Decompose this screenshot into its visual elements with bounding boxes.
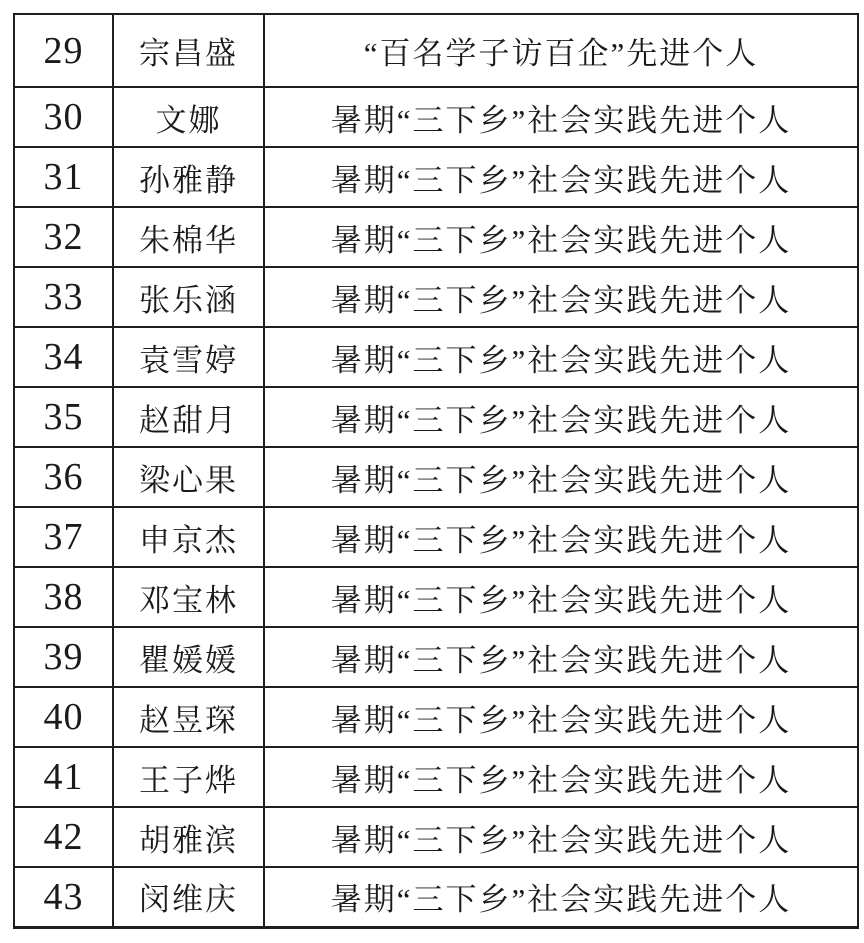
award-title: 暑期“三下乡”社会实践先进个人 (264, 87, 858, 147)
row-number: 30 (14, 87, 113, 147)
student-name: 文娜 (113, 87, 264, 147)
student-name: 王子烨 (113, 747, 264, 807)
row-number: 37 (14, 507, 113, 567)
row-number: 34 (14, 327, 113, 387)
award-title: “百名学子访百企”先进个人 (264, 14, 858, 87)
student-name: 瞿媛媛 (113, 627, 264, 687)
award-title: 暑期“三下乡”社会实践先进个人 (264, 687, 858, 747)
table-row: 41 王子烨 暑期“三下乡”社会实践先进个人 (14, 747, 858, 807)
student-name: 梁心果 (113, 447, 264, 507)
student-name: 张乐涵 (113, 267, 264, 327)
table-row: 38 邓宝林 暑期“三下乡”社会实践先进个人 (14, 567, 858, 627)
table-row: 34 袁雪婷 暑期“三下乡”社会实践先进个人 (14, 327, 858, 387)
table-row: 29 宗昌盛 “百名学子访百企”先进个人 (14, 14, 858, 87)
table-row: 43 闵维庆 暑期“三下乡”社会实践先进个人 (14, 867, 858, 927)
table-row: 37 申京杰 暑期“三下乡”社会实践先进个人 (14, 507, 858, 567)
table-row: 42 胡雅滨 暑期“三下乡”社会实践先进个人 (14, 807, 858, 867)
row-number: 31 (14, 147, 113, 207)
award-title: 暑期“三下乡”社会实践先进个人 (264, 327, 858, 387)
row-number: 36 (14, 447, 113, 507)
table-row: 30 文娜 暑期“三下乡”社会实践先进个人 (14, 87, 858, 147)
row-number: 35 (14, 387, 113, 447)
table-row: 33 张乐涵 暑期“三下乡”社会实践先进个人 (14, 267, 858, 327)
award-title: 暑期“三下乡”社会实践先进个人 (264, 387, 858, 447)
row-number: 33 (14, 267, 113, 327)
student-name: 邓宝林 (113, 567, 264, 627)
award-title: 暑期“三下乡”社会实践先进个人 (264, 747, 858, 807)
award-title: 暑期“三下乡”社会实践先进个人 (264, 807, 858, 867)
award-title: 暑期“三下乡”社会实践先进个人 (264, 627, 858, 687)
table-row: 39 瞿媛媛 暑期“三下乡”社会实践先进个人 (14, 627, 858, 687)
awards-table: 29 宗昌盛 “百名学子访百企”先进个人 30 文娜 暑期“三下乡”社会实践先进… (13, 13, 859, 929)
row-number: 43 (14, 867, 113, 927)
row-number: 42 (14, 807, 113, 867)
row-number: 32 (14, 207, 113, 267)
row-number: 41 (14, 747, 113, 807)
table-row: 36 梁心果 暑期“三下乡”社会实践先进个人 (14, 447, 858, 507)
award-title: 暑期“三下乡”社会实践先进个人 (264, 567, 858, 627)
table-row: 31 孙雅静 暑期“三下乡”社会实践先进个人 (14, 147, 858, 207)
student-name: 赵甜月 (113, 387, 264, 447)
award-title: 暑期“三下乡”社会实践先进个人 (264, 207, 858, 267)
student-name: 宗昌盛 (113, 14, 264, 87)
student-name: 袁雪婷 (113, 327, 264, 387)
award-title: 暑期“三下乡”社会实践先进个人 (264, 447, 858, 507)
student-name: 申京杰 (113, 507, 264, 567)
student-name: 朱棉华 (113, 207, 264, 267)
student-name: 闵维庆 (113, 867, 264, 927)
row-number: 38 (14, 567, 113, 627)
student-name: 胡雅滨 (113, 807, 264, 867)
student-name: 赵昱琛 (113, 687, 264, 747)
table-row: 40 赵昱琛 暑期“三下乡”社会实践先进个人 (14, 687, 858, 747)
table-row: 32 朱棉华 暑期“三下乡”社会实践先进个人 (14, 207, 858, 267)
table-row: 35 赵甜月 暑期“三下乡”社会实践先进个人 (14, 387, 858, 447)
row-number: 29 (14, 14, 113, 87)
student-name: 孙雅静 (113, 147, 264, 207)
row-number: 40 (14, 687, 113, 747)
award-title: 暑期“三下乡”社会实践先进个人 (264, 507, 858, 567)
award-title: 暑期“三下乡”社会实践先进个人 (264, 267, 858, 327)
award-title: 暑期“三下乡”社会实践先进个人 (264, 867, 858, 927)
award-title: 暑期“三下乡”社会实践先进个人 (264, 147, 858, 207)
row-number: 39 (14, 627, 113, 687)
